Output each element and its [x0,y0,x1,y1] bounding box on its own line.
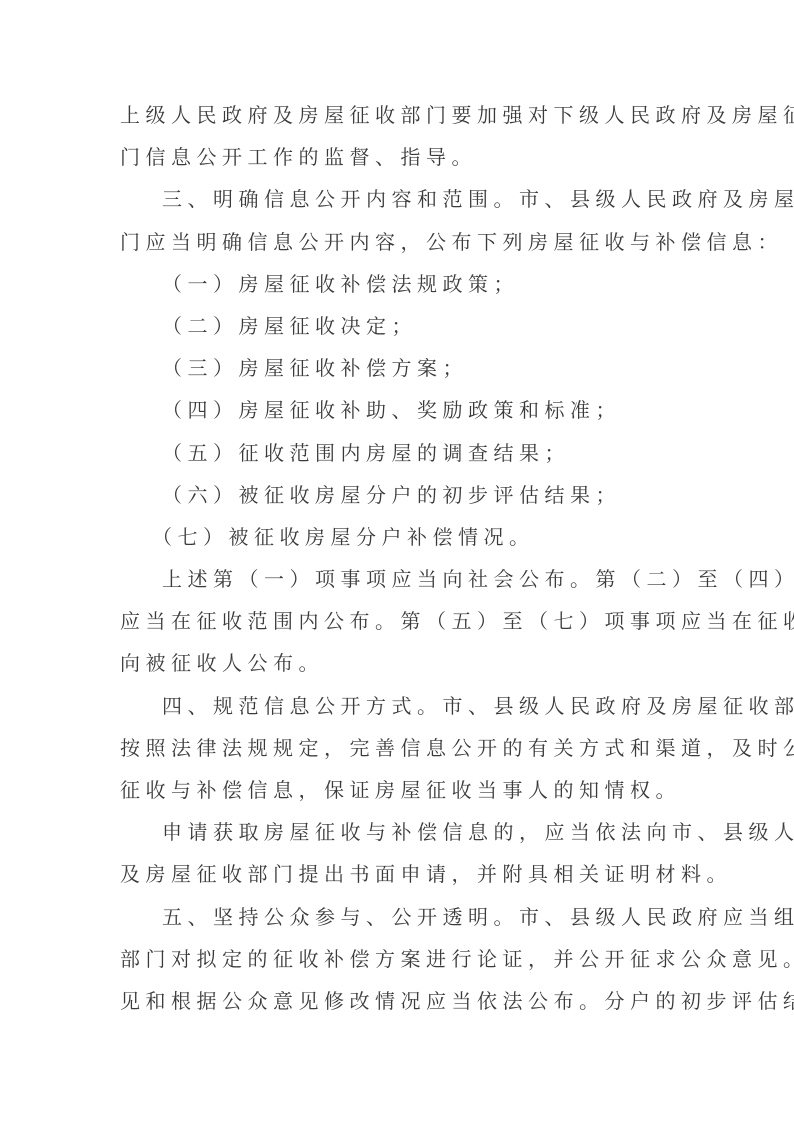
body-line: 应当在征收范围内公布。第（五）至（七）项事项应当在征收范围内 [120,604,680,646]
body-line: 上级人民政府及房屋征收部门要加强对下级人民政府及房屋征收部 [120,98,680,140]
list-item: （一）房屋征收补偿法规政策； [120,267,680,309]
body-line: 门应当明确信息公开内容，公布下列房屋征收与补偿信息： [120,225,680,267]
body-line: 按照法律法规规定，完善信息公开的有关方式和渠道，及时公开房屋 [120,731,680,773]
section-5-heading-line: 五、坚持公众参与、公开透明。市、县级人民政府应当组织有关 [120,900,680,942]
list-item: （五）征收范围内房屋的调查结果； [120,436,680,478]
paragraph-start-line: 申请获取房屋征收与补偿信息的，应当依法向市、县级人民政府 [120,815,680,857]
document-body: 上级人民政府及房屋征收部门要加强对下级人民政府及房屋征收部 门信息公开工作的监督… [120,98,680,1026]
list-item: （四）房屋征收补助、奖励政策和标准； [120,393,680,435]
paragraph-start-line: 上述第（一）项事项应当向社会公布。第（二）至（四）项事项 [120,562,680,604]
section-4-heading-line: 四、规范信息公开方式。市、县级人民政府及房屋征收部门应当 [120,689,680,731]
document-page: 上级人民政府及房屋征收部门要加强对下级人民政府及房屋征收部 门信息公开工作的监督… [0,0,794,1122]
body-line: 征收与补偿信息，保证房屋征收当事人的知情权。 [120,773,680,815]
body-line: 向被征收人公布。 [120,646,680,688]
body-line: 见和根据公众意见修改情况应当依法公布。分户的初步评估结果公示 [120,984,680,1026]
list-item: （二）房屋征收决定； [120,309,680,351]
section-3-heading-line: 三、明确信息公开内容和范围。市、县级人民政府及房屋征收部 [120,182,680,224]
body-line: 门信息公开工作的监督、指导。 [120,140,680,182]
list-item: （三）房屋征收补偿方案； [120,351,680,393]
body-line: 及房屋征收部门提出书面申请，并附具相关证明材料。 [120,857,680,899]
body-line: 部门对拟定的征收补偿方案进行论证，并公开征求公众意见。征求意 [120,942,680,984]
list-item: （七）被征收房屋分户补偿情况。 [120,520,680,562]
list-item: （六）被征收房屋分户的初步评估结果； [120,478,680,520]
